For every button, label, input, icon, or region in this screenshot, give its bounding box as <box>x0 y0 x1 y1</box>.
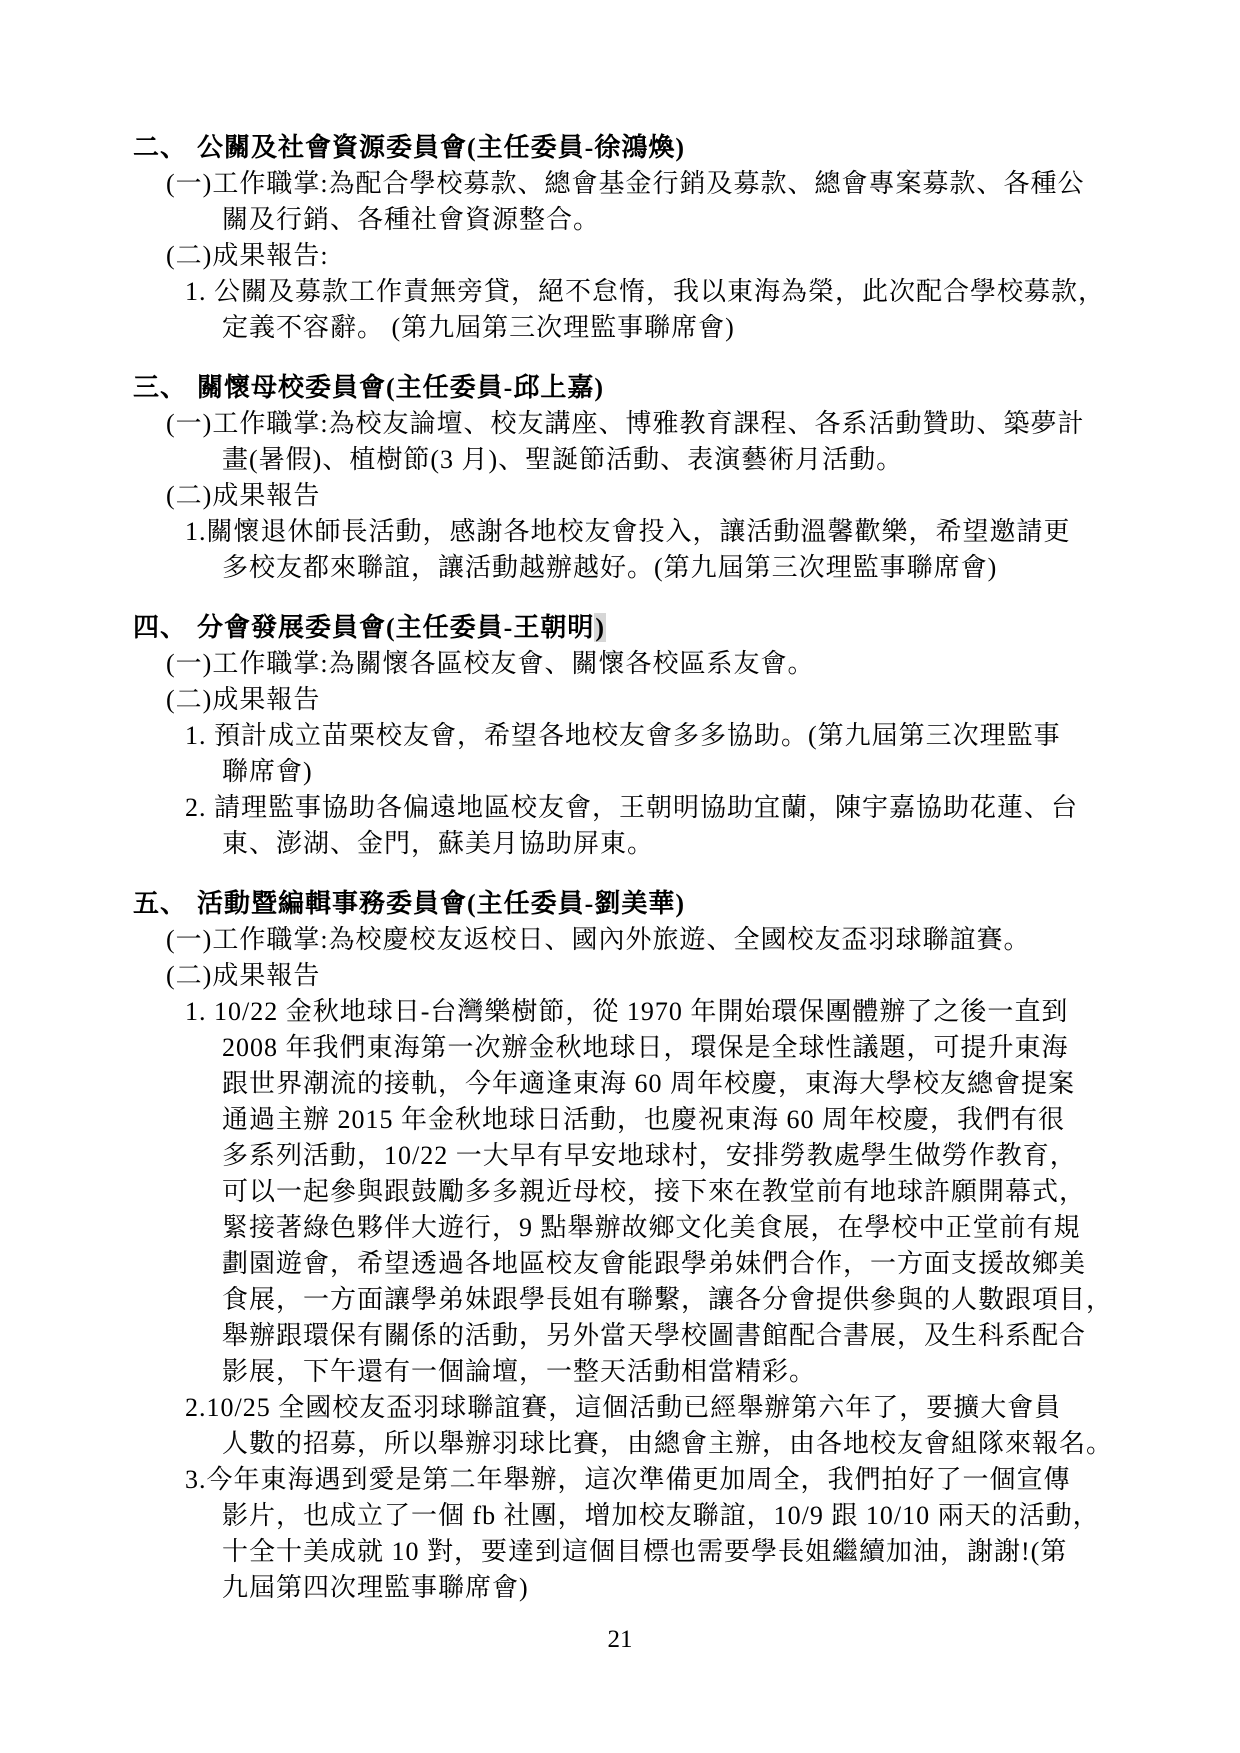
paragraph-line-cont: 多系列活動，10/22 一大早有早安地球村，安排勞教處學生做勞作教育， <box>222 1138 1113 1174</box>
section-title-highlight: ) <box>594 613 606 642</box>
section-number: 四、 <box>133 610 197 646</box>
paragraph-line-cont: 十全十美成就 10 對，要達到這個目標也需要學長姐繼續加油，謝謝!(第 <box>222 1534 1113 1570</box>
paragraph-line-cont: 九屆第四次理監事聯席會) <box>222 1570 1113 1606</box>
paragraph-line-cont: 食展，一方面讓學弟妹跟學長姐有聯繫，讓各分會提供參與的人數跟項目， <box>222 1282 1113 1318</box>
paragraph-line-cont: 劃園遊會，希望透過各地區校友會能跟學弟妹們合作，一方面支援故鄉美 <box>222 1246 1113 1282</box>
paragraph-line-cont: 東、澎湖、金門，蘇美月協助屏東。 <box>222 826 1113 862</box>
paragraph-line-first: 2. 請理監事協助各偏遠地區校友會，王朝明協助宜蘭，陳宇嘉協助花蓮、台 <box>185 790 1113 826</box>
report-section: 二、公關及社會資源委員會(主任委員-徐鴻煥)(一)工作職掌:為配合學校募款、總會… <box>133 130 1113 346</box>
section-title: 活動暨編輯事務委員會(主任委員-劉美華) <box>197 889 685 918</box>
section-heading: 四、分會發展委員會(主任委員-王朝明) <box>133 610 1113 646</box>
paragraph-line-first: (一)工作職掌:為關懷各區校友會、關懷各校區系友會。 <box>166 646 1113 682</box>
paragraph-line-first: (一)工作職掌:為配合學校募款、總會基金行銷及募款、總會專案募款、各種公 <box>166 166 1113 202</box>
paragraph-line-cont: 舉辦跟環保有關係的活動，另外當天學校圖書館配合書展，及生科系配合 <box>222 1318 1113 1354</box>
paragraph-line-first: (二)成果報告: <box>166 238 1113 274</box>
paragraph-line-cont: 通過主辦 2015 年金秋地球日活動，也慶祝東海 60 周年校慶，我們有很 <box>222 1102 1113 1138</box>
section-number: 五、 <box>133 886 197 922</box>
paragraph-line-first: 1. 10/22 金秋地球日-台灣樂樹節，從 1970 年開始環保團體辦了之後一… <box>185 994 1113 1030</box>
report-section: 五、活動暨編輯事務委員會(主任委員-劉美華)(一)工作職掌:為校慶校友返校日、國… <box>133 886 1113 1606</box>
paragraph-line-cont: 多校友都來聯誼，讓活動越辦越好。(第九屆第三次理監事聯席會) <box>222 550 1113 586</box>
report-section: 三、關懷母校委員會(主任委員-邱上嘉)(一)工作職掌:為校友論壇、校友講座、博雅… <box>133 370 1113 586</box>
paragraph-line-first: (二)成果報告 <box>166 682 1113 718</box>
section-heading: 五、活動暨編輯事務委員會(主任委員-劉美華) <box>133 886 1113 922</box>
section-title: 公關及社會資源委員會(主任委員-徐鴻煥) <box>197 133 685 162</box>
section-number: 三、 <box>133 370 197 406</box>
document-body: 二、公關及社會資源委員會(主任委員-徐鴻煥)(一)工作職掌:為配合學校募款、總會… <box>133 130 1113 1606</box>
paragraph-line-first: 1. 預計成立苗栗校友會，希望各地校友會多多協助。(第九屆第三次理監事 <box>185 718 1113 754</box>
paragraph-line-cont: 人數的招募，所以舉辦羽球比賽，由總會主辦，由各地校友會組隊來報名。 <box>222 1426 1113 1462</box>
paragraph-line-cont: 緊接著綠色夥伴大遊行，9 點舉辦故鄉文化美食展，在學校中正堂前有規 <box>222 1210 1113 1246</box>
document-page: 二、公關及社會資源委員會(主任委員-徐鴻煥)(一)工作職掌:為配合學校募款、總會… <box>0 0 1240 1753</box>
paragraph-line-first: (二)成果報告 <box>166 478 1113 514</box>
paragraph-line-cont: 聯席會) <box>222 754 1113 790</box>
paragraph-line-cont: 跟世界潮流的接軌，今年適逢東海 60 周年校慶，東海大學校友總會提案 <box>222 1066 1113 1102</box>
paragraph-line-cont: 影片，也成立了一個 fb 社團，增加校友聯誼，10/9 跟 10/10 兩天的活… <box>222 1498 1113 1534</box>
paragraph-line-cont: 影展，下午還有一個論壇，一整天活動相當精彩。 <box>222 1354 1113 1390</box>
section-heading: 三、關懷母校委員會(主任委員-邱上嘉) <box>133 370 1113 406</box>
paragraph-line-cont: 可以一起參與跟鼓勵多多親近母校，接下來在教堂前有地球許願開幕式， <box>222 1174 1113 1210</box>
report-section: 四、分會發展委員會(主任委員-王朝明)(一)工作職掌:為關懷各區校友會、關懷各校… <box>133 610 1113 862</box>
paragraph-line-first: (一)工作職掌:為校友論壇、校友講座、博雅教育課程、各系活動贊助、築夢計 <box>166 406 1113 442</box>
paragraph-line-cont: 關及行銷、各種社會資源整合。 <box>222 202 1113 238</box>
paragraph-line-first: (一)工作職掌:為校慶校友返校日、國內外旅遊、全國校友盃羽球聯誼賽。 <box>166 922 1113 958</box>
paragraph-line-first: 3.今年東海遇到愛是第二年舉辦，這次準備更加周全，我們拍好了一個宣傳 <box>185 1462 1113 1498</box>
paragraph-line-cont: 定義不容辭。 (第九屆第三次理監事聯席會) <box>222 310 1113 346</box>
page-number: 21 <box>0 1626 1240 1654</box>
section-title: 關懷母校委員會(主任委員-邱上嘉) <box>197 373 604 402</box>
section-title: 分會發展委員會(主任委員-王朝明 <box>197 613 594 642</box>
paragraph-line-cont: 2008 年我們東海第一次辦金秋地球日，環保是全球性議題，可提升東海 <box>222 1030 1113 1066</box>
paragraph-line-first: 1. 公關及募款工作責無旁貸，絕不怠惰，我以東海為榮，此次配合學校募款， <box>185 274 1113 310</box>
paragraph-line-first: 1.關懷退休師長活動，感謝各地校友會投入，讓活動溫馨歡樂，希望邀請更 <box>185 514 1113 550</box>
paragraph-line-first: (二)成果報告 <box>166 958 1113 994</box>
paragraph-line-cont: 畫(暑假)、植樹節(3 月)、聖誕節活動、表演藝術月活動。 <box>222 442 1113 478</box>
section-heading: 二、公關及社會資源委員會(主任委員-徐鴻煥) <box>133 130 1113 166</box>
section-number: 二、 <box>133 130 197 166</box>
paragraph-line-first: 2.10/25 全國校友盃羽球聯誼賽，這個活動已經舉辦第六年了，要擴大會員 <box>185 1390 1113 1426</box>
